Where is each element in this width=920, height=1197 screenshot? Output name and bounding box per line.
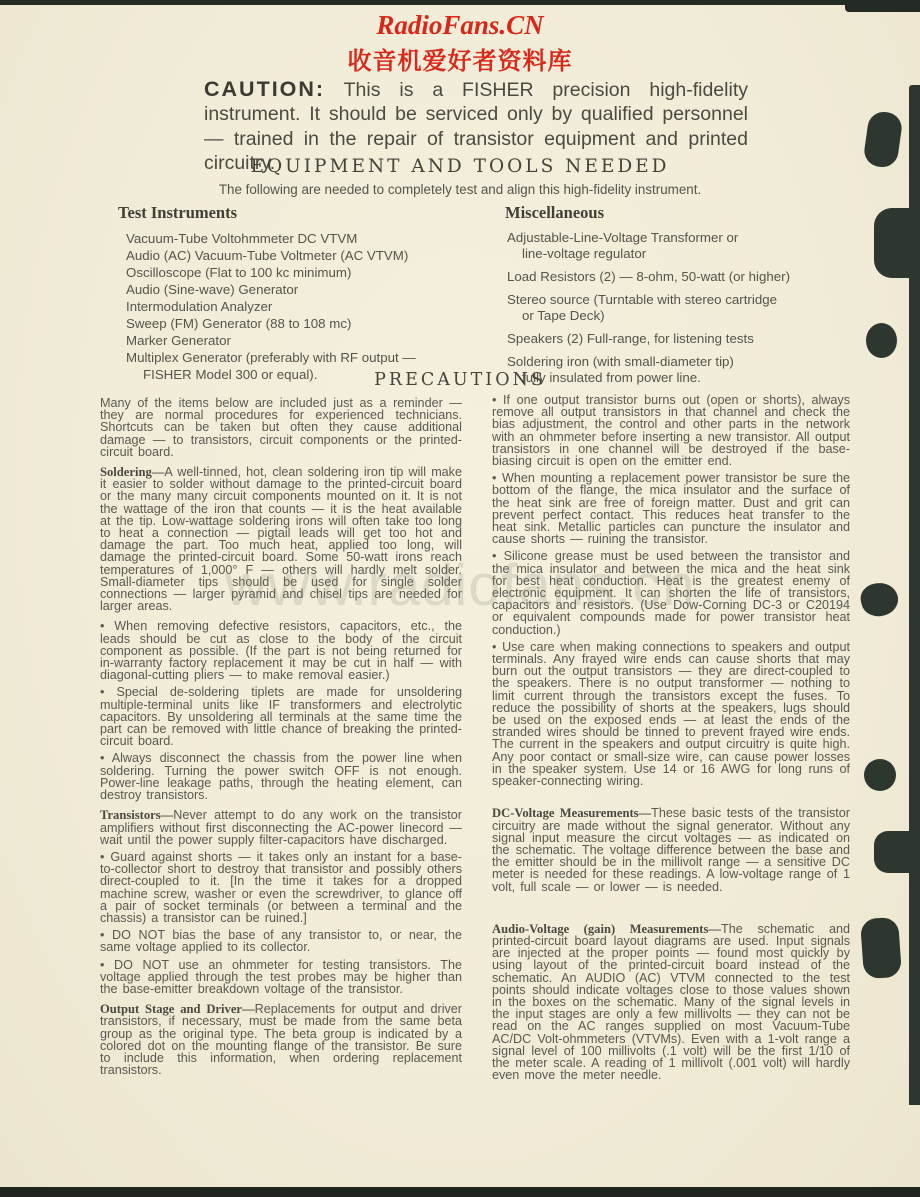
paragraph-text: • Silicone grease must be used between t…: [492, 549, 850, 636]
precaution-paragraph: • Always disconnect the chassis from the…: [100, 752, 462, 801]
site-header-line1: RadioFans.CN: [0, 10, 920, 41]
paragraph-text: • If one output transistor burns out (op…: [492, 393, 850, 468]
precaution-paragraph: • Use care when making connections to sp…: [492, 641, 850, 787]
scan-edge-top: [0, 0, 920, 5]
precaution-paragraph: • DO NOT use an ohmmeter for testing tra…: [100, 959, 462, 996]
precaution-paragraph: • Special de-soldering tiplets are made …: [100, 686, 462, 747]
paragraph-text: Replacements for output and driver trans…: [100, 1002, 462, 1077]
precaution-paragraph: • When removing defective resistors, cap…: [100, 620, 462, 681]
list-item: Audio (AC) Vacuum-Tube Voltmeter (AC VTV…: [126, 247, 463, 264]
scanned-manual-page: www.radiofans.cn RadioFans.CN 收音机爱好者资料库 …: [0, 0, 920, 1197]
equipment-section-title: EQUIPMENT AND TOOLS NEEDED: [0, 156, 920, 177]
miscellaneous-column: Miscellaneous Adjustable-Line-Voltage Tr…: [505, 203, 870, 393]
equipment-section-subtitle: The following are needed to completely t…: [0, 182, 920, 197]
scan-edge-bottom: [0, 1187, 920, 1197]
paragraph-text: • Guard against shorts — it takes only a…: [100, 850, 462, 925]
precaution-paragraph: • Silicone grease must be used between t…: [492, 550, 850, 635]
paragraph-text: The schematic and printed-circuit board …: [492, 922, 850, 1082]
list-item: Stereo source (Turntable with stereo car…: [507, 292, 870, 324]
test-instruments-heading: Test Instruments: [118, 203, 463, 223]
list-item: Load Resistors (2) — 8-ohm, 50-watt (or …: [507, 269, 870, 285]
precaution-paragraph: • Guard against shorts — it takes only a…: [100, 851, 462, 924]
page-content: www.radiofans.cn RadioFans.CN 收音机爱好者资料库 …: [0, 0, 920, 1197]
precaution-paragraph: DC-Voltage Measurements—These basic test…: [492, 807, 850, 892]
precaution-paragraph: • If one output transistor burns out (op…: [492, 394, 850, 467]
list-item: Sweep (FM) Generator (88 to 108 mc): [126, 315, 463, 332]
precaution-paragraph: Output Stage and Driver—Replacements for…: [100, 1003, 462, 1076]
test-instruments-column: Test Instruments Vacuum-Tube Voltohmmete…: [118, 203, 463, 383]
paragraph-text: • Always disconnect the chassis from the…: [100, 751, 462, 802]
list-item: Vacuum-Tube Voltohmmeter DC VTVM: [126, 230, 463, 247]
list-item: Oscilloscope (Flat to 100 kc minimum): [126, 264, 463, 281]
scan-edge-top-right: [845, 0, 920, 12]
miscellaneous-heading: Miscellaneous: [505, 203, 870, 223]
punch-hole: [866, 323, 897, 358]
caution-label: CAUTION:: [204, 77, 325, 101]
miscellaneous-list: Adjustable-Line-Voltage Transformer or l…: [507, 230, 870, 386]
paragraph-text: • DO NOT bias the base of any transistor…: [100, 928, 462, 954]
list-item: Marker Generator: [126, 332, 463, 349]
paragraph-text: • When mounting a replacement power tran…: [492, 471, 850, 546]
precaution-paragraph: Transistors—Never attempt to do any work…: [100, 809, 462, 846]
site-header-line2: 收音机爱好者资料库: [0, 41, 920, 76]
paragraph-text: • DO NOT use an ohmmeter for testing tra…: [100, 958, 462, 996]
list-item: Intermodulation Analyzer: [126, 298, 463, 315]
list-item: Audio (Sine-wave) Generator: [126, 281, 463, 298]
precaution-paragraph: Soldering—A well-tinned, hot, clean sold…: [100, 466, 462, 612]
paragraph-text: • Use care when making connections to sp…: [492, 640, 850, 788]
punch-hole: [860, 917, 902, 980]
paragraph-text: A well-tinned, hot, clean soldering iron…: [100, 465, 462, 613]
punch-hole: [864, 759, 896, 791]
paragraph-text: • When removing defective resistors, cap…: [100, 619, 462, 682]
list-item: Speakers (2) Full-range, for listening t…: [507, 331, 870, 347]
precautions-left-column: Many of the items below are included jus…: [100, 397, 462, 1081]
precaution-paragraph: • When mounting a replacement power tran…: [492, 472, 850, 545]
precaution-paragraph: • DO NOT bias the base of any transistor…: [100, 929, 462, 953]
paragraph-text: • Special de-soldering tiplets are made …: [100, 685, 462, 748]
precaution-paragraph: Many of the items below are included jus…: [100, 397, 462, 458]
binder-notch: [874, 208, 920, 278]
test-instruments-list: Vacuum-Tube Voltohmmeter DC VTVM Audio (…: [126, 230, 463, 383]
precautions-right-column: • If one output transistor burns out (op…: [492, 394, 850, 1086]
paragraph-text: Many of the items below are included jus…: [100, 396, 462, 459]
binder-notch: [874, 831, 920, 873]
list-item: Adjustable-Line-Voltage Transformer or l…: [507, 230, 870, 262]
precautions-section-title: PRECAUTIONS: [0, 370, 920, 390]
precaution-paragraph: Audio-Voltage (gain) Measurements—The sc…: [492, 923, 850, 1082]
paragraph-text: These basic tests of the transistor circ…: [492, 806, 850, 893]
